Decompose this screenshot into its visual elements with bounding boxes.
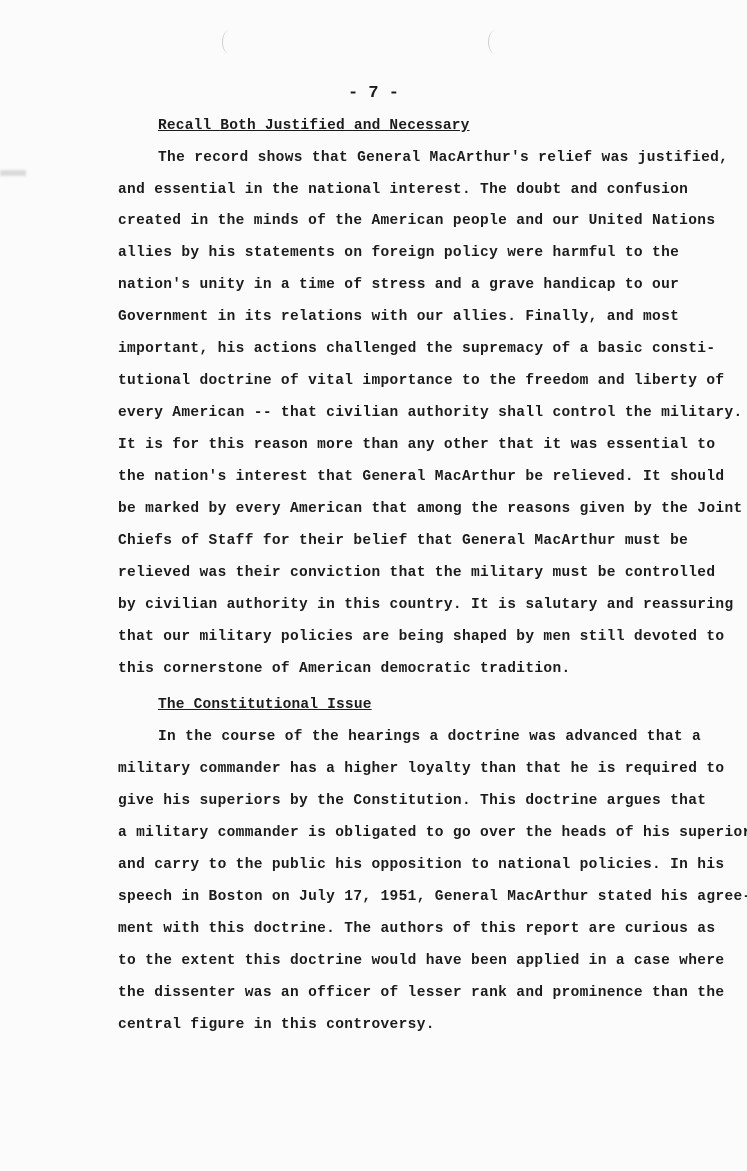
document-page: - 7 - Recall Both Justified and Necessar… bbox=[0, 0, 747, 1171]
text-line: tutional doctrine of vital importance to… bbox=[118, 373, 724, 389]
text-line: Government in its relations with our all… bbox=[118, 309, 679, 325]
text-line: be marked by every American that among t… bbox=[118, 501, 743, 517]
text-line: created in the minds of the American peo… bbox=[118, 213, 715, 229]
text-line: ment with this doctrine. The authors of … bbox=[118, 921, 715, 937]
text-line: and essential in the national interest. … bbox=[118, 182, 688, 198]
text-line: this cornerstone of American democratic … bbox=[118, 661, 571, 677]
page-number: - 7 - bbox=[0, 84, 747, 103]
text-line: and carry to the public his opposition t… bbox=[118, 857, 724, 873]
punch-hole-right bbox=[488, 30, 503, 54]
text-line: nation's unity in a time of stress and a… bbox=[118, 277, 679, 293]
text-line: allies by his statements on foreign poli… bbox=[118, 245, 679, 261]
punch-hole-left bbox=[222, 30, 237, 54]
text-line: The record shows that General MacArthur'… bbox=[158, 150, 728, 166]
section-heading-constitutional: The Constitutional Issue bbox=[158, 697, 372, 713]
text-line: important, his actions challenged the su… bbox=[118, 341, 715, 357]
text-line: It is for this reason more than any othe… bbox=[118, 437, 715, 453]
text-line: the dissenter was an officer of lesser r… bbox=[118, 985, 724, 1001]
text-line: In the course of the hearings a doctrine… bbox=[158, 729, 701, 745]
margin-smudge bbox=[0, 170, 26, 176]
section-heading-recall: Recall Both Justified and Necessary bbox=[158, 118, 470, 134]
text-line: every American -- that civilian authorit… bbox=[118, 405, 743, 421]
text-line: that our military policies are being sha… bbox=[118, 629, 724, 645]
text-line: speech in Boston on July 17, 1951, Gener… bbox=[118, 889, 747, 905]
text-line: relieved was their conviction that the m… bbox=[118, 565, 715, 581]
text-line: by civilian authority in this country. I… bbox=[118, 597, 734, 613]
text-line: a military commander is obligated to go … bbox=[118, 825, 747, 841]
text-line: Chiefs of Staff for their belief that Ge… bbox=[118, 533, 688, 549]
text-line: give his superiors by the Constitution. … bbox=[118, 793, 706, 809]
text-line: military commander has a higher loyalty … bbox=[118, 761, 724, 777]
text-line: central figure in this controversy. bbox=[118, 1017, 435, 1033]
text-line: to the extent this doctrine would have b… bbox=[118, 953, 724, 969]
text-line: the nation's interest that General MacAr… bbox=[118, 469, 724, 485]
